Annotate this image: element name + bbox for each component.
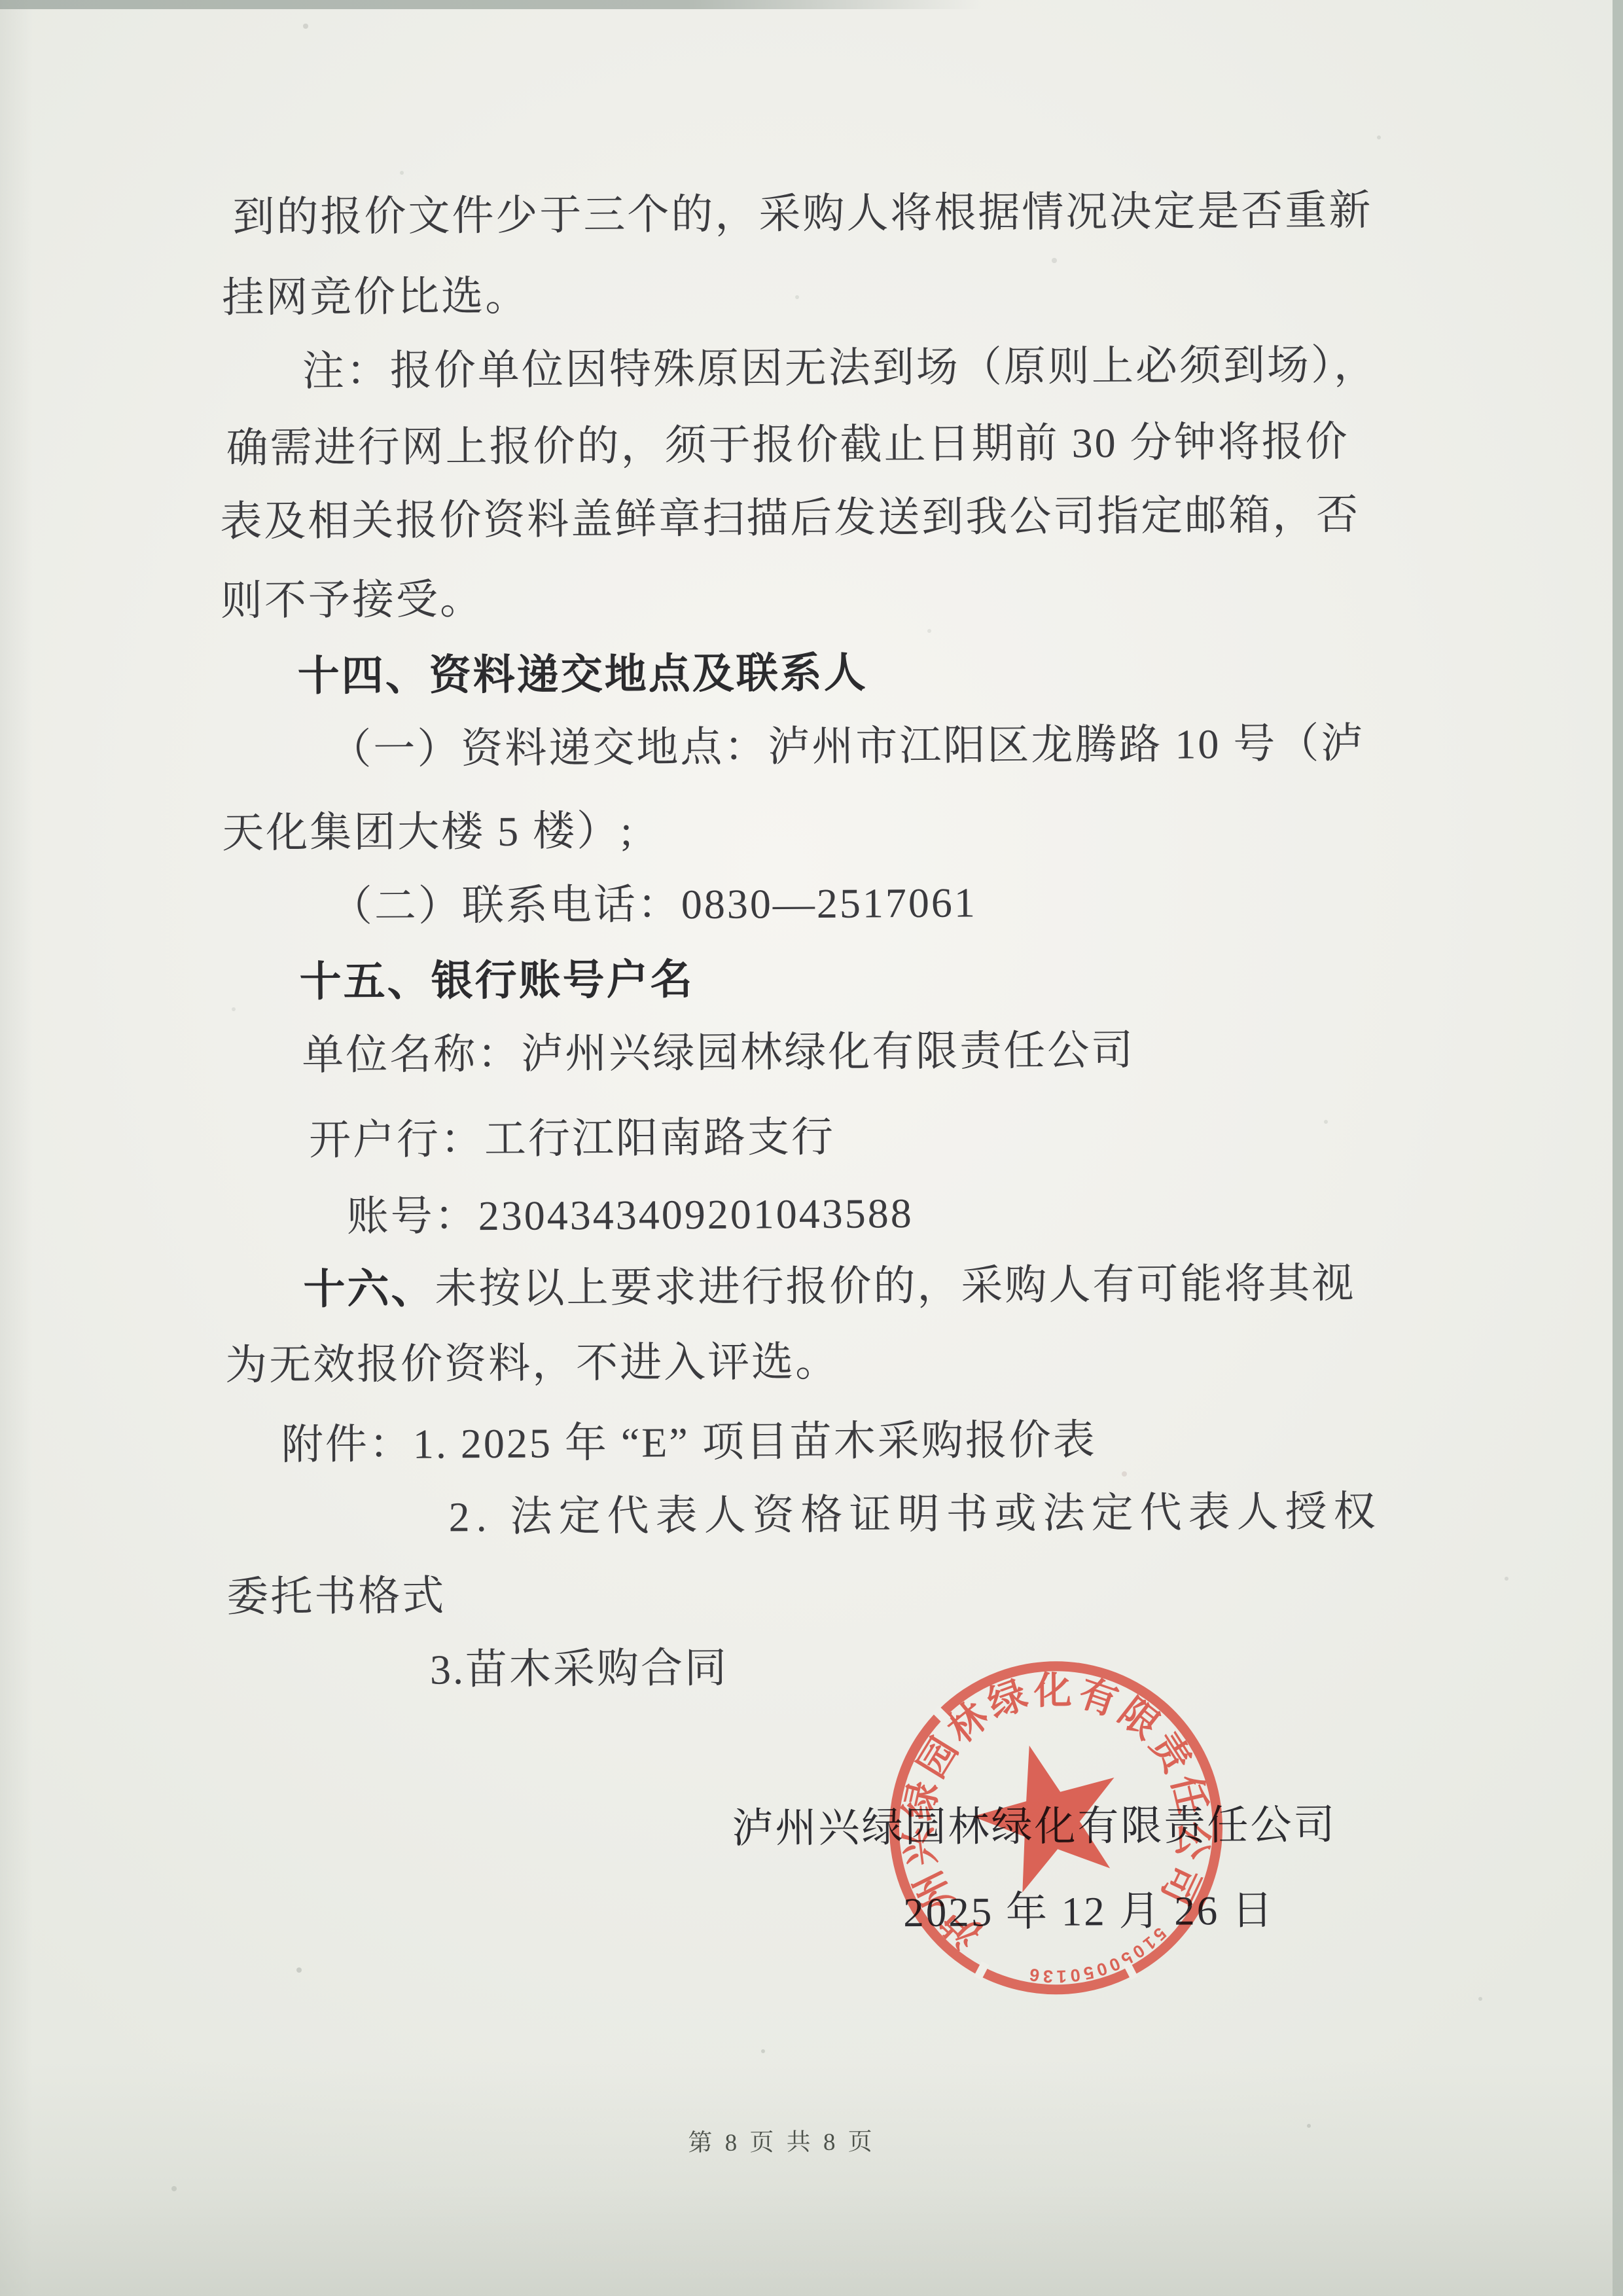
doc-line: 十四、资料递交地点及联系人 (298, 649, 868, 698)
doc-line: 到的报价文件少于三个的，采购人将根据情况决定是否重新 (232, 188, 1372, 241)
doc-line: （二）联系电话：0830—2517061 (330, 880, 977, 929)
doc-line: 挂网竞价比选。 (222, 274, 529, 321)
doc-line: 开户行：工行江阳南路支行 (309, 1115, 835, 1164)
doc-line: 账号：2304343409201043588 (347, 1191, 914, 1240)
doc-line: 注：报价单位因特殊原因无法到场（原则上必须到场）， (302, 342, 1378, 395)
paper-noise (0, 0, 3, 3)
scanned-document-page: 到的报价文件少于三个的，采购人将根据情况决定是否重新挂网竞价比选。注：报价单位因… (0, 0, 1623, 2296)
doc-line: 表及相关报价资料盖鲜章扫描后发送到我公司指定邮箱，否 (220, 492, 1360, 545)
company-seal-stamp: 泸州兴绿园林绿化有限责任公司 51050050136 (872, 1643, 1240, 2012)
doc-line: 为无效报价资料，不进入评选。 (225, 1339, 839, 1389)
document-content: 到的报价文件少于三个的，采购人将根据情况决定是否重新挂网竞价比选。注：报价单位因… (0, 0, 1623, 2296)
doc-line: 天化集团大楼 5 楼）; (222, 808, 634, 857)
doc-line: 十五、银行账号户名 (299, 956, 694, 1005)
doc-line: 十六、未按以上要求进行报价的，采购人有可能将其视 (303, 1260, 1355, 1313)
doc-line: 2. 法定代表人资格证明书或法定代表人授权 (448, 1489, 1382, 1541)
doc-line: 确需进行网上报价的，须于报价截止日期前 30 分钟将报价 (226, 419, 1349, 471)
doc-line: 3.苗木采购合同 (430, 1645, 728, 1693)
doc-line: 单位名称：泸州兴绿园林绿化有限责任公司 (302, 1028, 1135, 1079)
doc-line: 附件：1. 2025 年 “E” 项目苗木采购报价表 (281, 1417, 1097, 1468)
seal-star (959, 1726, 1137, 1899)
doc-line: 委托书格式 (226, 1573, 446, 1620)
doc-line: 则不予接受。 (221, 577, 484, 624)
page-footer: 第 8 页 共 8 页 (688, 2121, 876, 2158)
doc-line: （一）资料递交地点：泸州市江阳区龙腾路 10 号（泸 (329, 721, 1364, 773)
